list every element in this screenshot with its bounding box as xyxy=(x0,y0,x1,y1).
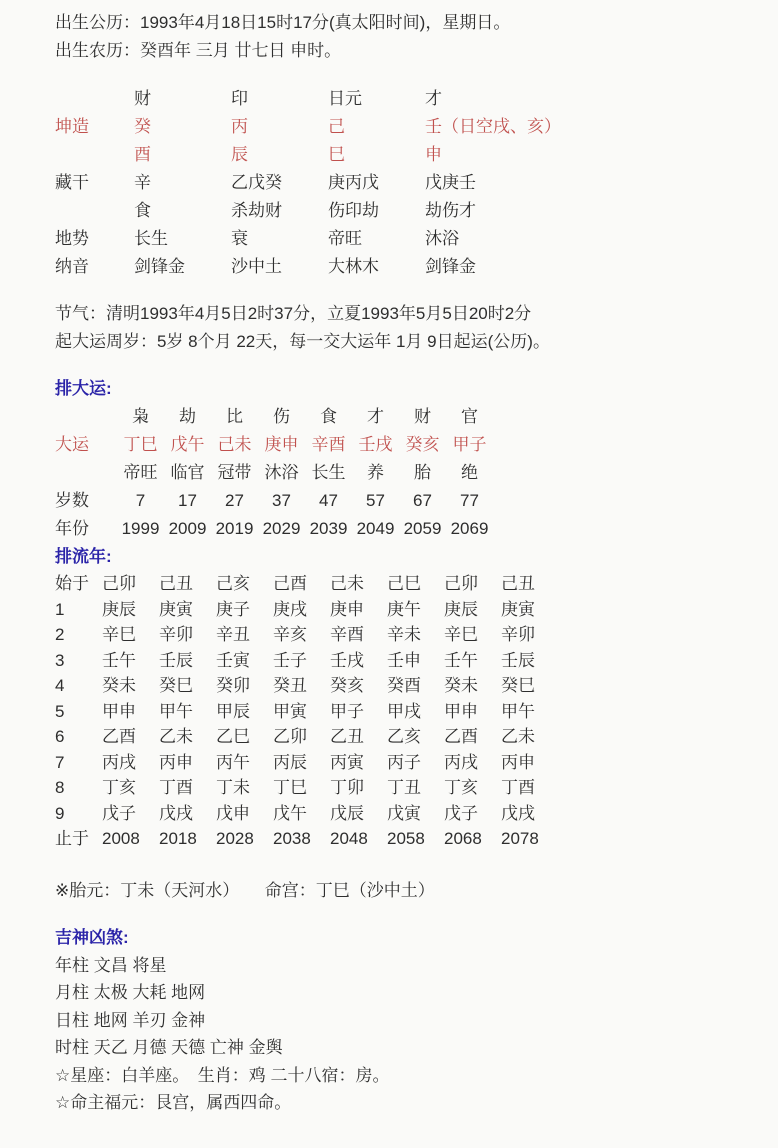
liunian-heading: 排流年: xyxy=(55,543,748,571)
table-cell: 2069 xyxy=(446,515,493,543)
dayun-table: 枭劫比伤食才财官大运丁巳戊午己未庚申辛酉壬戌癸亥甲子帝旺临官冠带沐浴长生养胎绝岁… xyxy=(55,403,748,543)
table-cell: 2078 xyxy=(501,826,558,852)
table-cell: 2018 xyxy=(159,826,216,852)
table-cell: 沐浴 xyxy=(258,459,305,487)
table-cell: 辛亥 xyxy=(273,622,330,648)
text-line: 月柱 太极 大耗 地网 xyxy=(55,979,748,1007)
table-cell: 辛巳 xyxy=(444,622,501,648)
taiyuan-minggong-line: ※胎元：丁未（天河水） 命宫：丁巳（沙中土） xyxy=(55,877,748,905)
row-label: 藏干 xyxy=(55,169,134,197)
table-cell: 大林木 xyxy=(328,253,425,281)
row-label: 4 xyxy=(55,673,102,699)
table-cell: 戊庚壬 xyxy=(425,169,476,197)
table-cell: 2068 xyxy=(444,826,501,852)
table-cell: 癸卯 xyxy=(216,673,273,699)
table-cell: 丙 xyxy=(231,113,328,141)
table-cell: 癸未 xyxy=(444,673,501,699)
qiyun-line: 起大运周岁：5岁 8个月 22天，每一交大运年 1月 9日起运(公历)。 xyxy=(55,328,748,356)
table-row: 酉辰巳申 xyxy=(55,141,748,169)
table-cell: 2059 xyxy=(399,515,446,543)
table-cell: 丁亥 xyxy=(102,775,159,801)
row-label: 始于 xyxy=(55,571,102,597)
table-cell: 印 xyxy=(231,85,328,113)
table-cell: 甲辰 xyxy=(216,699,273,725)
table-cell: 壬午 xyxy=(102,648,159,674)
table-cell: 劫伤才 xyxy=(425,197,476,225)
table-cell: 己卯 xyxy=(102,571,159,597)
table-cell: 巳 xyxy=(328,141,425,169)
table-cell: 乙卯 xyxy=(273,724,330,750)
table-cell: 辛巳 xyxy=(102,622,159,648)
table-cell: 2019 xyxy=(211,515,258,543)
jishen-heading: 吉神凶煞: xyxy=(55,924,748,952)
row-label: 7 xyxy=(55,750,102,776)
table-cell: 绝 xyxy=(446,459,493,487)
table-row: 1庚辰庚寅庚子庚戌庚申庚午庚辰庚寅 xyxy=(55,597,748,623)
table-cell: 2048 xyxy=(330,826,387,852)
table-cell: 癸酉 xyxy=(387,673,444,699)
table-cell: 己丑 xyxy=(159,571,216,597)
table-cell: 财 xyxy=(399,403,446,431)
table-cell: 辛 xyxy=(134,169,231,197)
table-cell: 食 xyxy=(305,403,352,431)
table-cell: 2009 xyxy=(164,515,211,543)
table-cell: 乙戊癸 xyxy=(231,169,328,197)
table-cell: 甲子 xyxy=(446,431,493,459)
table-cell: 丙寅 xyxy=(330,750,387,776)
table-cell: 27 xyxy=(211,487,258,515)
table-cell: 伤 xyxy=(258,403,305,431)
table-cell: 戊午 xyxy=(273,801,330,827)
table-cell: 丙辰 xyxy=(273,750,330,776)
table-row: 2辛巳辛卯辛丑辛亥辛酉辛未辛巳辛卯 xyxy=(55,622,748,648)
row-label: 地势 xyxy=(55,225,134,253)
table-cell: 癸巳 xyxy=(159,673,216,699)
table-cell: 辛丑 xyxy=(216,622,273,648)
row-label: 9 xyxy=(55,801,102,827)
table-cell: 77 xyxy=(446,487,493,515)
table-cell: 戊子 xyxy=(444,801,501,827)
table-cell: 己 xyxy=(328,113,425,141)
row-label: 8 xyxy=(55,775,102,801)
table-cell: 甲子 xyxy=(330,699,387,725)
table-cell: 壬申 xyxy=(387,648,444,674)
table-cell: 己酉 xyxy=(273,571,330,597)
table-cell: 日元 xyxy=(328,85,425,113)
table-cell: 壬午 xyxy=(444,648,501,674)
table-cell: 乙未 xyxy=(501,724,558,750)
table-cell: 戊子 xyxy=(102,801,159,827)
table-cell: 己卯 xyxy=(444,571,501,597)
table-cell: 庚辰 xyxy=(444,597,501,623)
table-cell: 2058 xyxy=(387,826,444,852)
table-cell: 2049 xyxy=(352,515,399,543)
table-row: 地势长生衰帝旺沐浴 xyxy=(55,225,748,253)
table-cell: 丁卯 xyxy=(330,775,387,801)
table-cell: 壬戌 xyxy=(330,648,387,674)
table-cell: 帝旺 xyxy=(328,225,425,253)
table-row: 食杀劫财伤印劫劫伤才 xyxy=(55,197,748,225)
table-cell: 长生 xyxy=(305,459,352,487)
table-cell: 己亥 xyxy=(216,571,273,597)
row-label: 岁数 xyxy=(55,487,117,515)
table-cell: 戊寅 xyxy=(387,801,444,827)
table-cell: 官 xyxy=(446,403,493,431)
table-row: 4癸未癸巳癸卯癸丑癸亥癸酉癸未癸巳 xyxy=(55,673,748,699)
table-cell: 己丑 xyxy=(501,571,558,597)
table-cell: 1999 xyxy=(117,515,164,543)
table-cell: 辛未 xyxy=(387,622,444,648)
table-cell: 庚申 xyxy=(330,597,387,623)
jieqi-line: 节气：清明1993年4月5日2时37分，立夏1993年5月5日20时2分 xyxy=(55,300,748,328)
table-cell: 庚子 xyxy=(216,597,273,623)
table-cell: 庚寅 xyxy=(501,597,558,623)
table-cell: 丙申 xyxy=(501,750,558,776)
bazi-chart-document: 出生公历：1993年4月18日15时17分(真太阳时间)，星期日。 出生农历：癸… xyxy=(0,0,778,1117)
table-row: 枭劫比伤食才财官 xyxy=(55,403,748,431)
table-cell: 丁未 xyxy=(216,775,273,801)
table-cell: 辛卯 xyxy=(501,622,558,648)
table-row: 6乙酉乙未乙巳乙卯乙丑乙亥乙酉乙未 xyxy=(55,724,748,750)
table-row: 财印日元才 xyxy=(55,85,748,113)
table-cell: 伤印劫 xyxy=(328,197,425,225)
jishen-list: 年柱 文昌 将星月柱 太极 大耗 地网日柱 地网 羊刃 金神时柱 天乙 月德 天… xyxy=(55,952,748,1117)
spacer xyxy=(55,356,748,375)
table-cell: 帝旺 xyxy=(117,459,164,487)
spacer xyxy=(55,281,748,300)
birth-lunar-line: 出生农历：癸酉年 三月 廿七日 申时。 xyxy=(55,37,748,65)
table-cell: 37 xyxy=(258,487,305,515)
table-row: 帝旺临官冠带沐浴长生养胎绝 xyxy=(55,459,748,487)
table-cell: 庚辰 xyxy=(102,597,159,623)
table-row: 3壬午壬辰壬寅壬子壬戌壬申壬午壬辰 xyxy=(55,648,748,674)
table-cell: 7 xyxy=(117,487,164,515)
table-row: 止于20082018202820382048205820682078 xyxy=(55,826,748,852)
table-cell: 庚戌 xyxy=(273,597,330,623)
table-cell: 申 xyxy=(425,141,442,169)
row-label: 3 xyxy=(55,648,102,674)
table-cell: 57 xyxy=(352,487,399,515)
table-cell: 己未 xyxy=(211,431,258,459)
table-cell: 丁丑 xyxy=(387,775,444,801)
table-cell: 才 xyxy=(425,85,442,113)
table-row: 藏干辛乙戊癸庚丙戊戊庚壬 xyxy=(55,169,748,197)
table-cell: 67 xyxy=(399,487,446,515)
row-label: 6 xyxy=(55,724,102,750)
table-cell: 己巳 xyxy=(387,571,444,597)
row-label: 止于 xyxy=(55,826,102,852)
table-cell: 乙酉 xyxy=(102,724,159,750)
table-cell: 乙酉 xyxy=(444,724,501,750)
table-cell: 辛卯 xyxy=(159,622,216,648)
table-cell: 壬子 xyxy=(273,648,330,674)
table-cell: 庚丙戊 xyxy=(328,169,425,197)
spacer xyxy=(55,852,748,877)
table-cell: 癸亥 xyxy=(330,673,387,699)
table-cell: 枭 xyxy=(117,403,164,431)
row-label: 纳音 xyxy=(55,253,134,281)
table-cell: 戊午 xyxy=(164,431,211,459)
table-cell: 甲戌 xyxy=(387,699,444,725)
table-cell: 甲午 xyxy=(159,699,216,725)
table-cell: 丙戌 xyxy=(444,750,501,776)
row-label: 年份 xyxy=(55,515,117,543)
text-line: 时柱 天乙 月德 天德 亡神 金舆 xyxy=(55,1034,748,1062)
table-cell: 乙巳 xyxy=(216,724,273,750)
table-cell: 劫 xyxy=(164,403,211,431)
table-row: 大运丁巳戊午己未庚申辛酉壬戌癸亥甲子 xyxy=(55,431,748,459)
table-cell: 沙中土 xyxy=(231,253,328,281)
table-row: 8丁亥丁酉丁未丁巳丁卯丁丑丁亥丁酉 xyxy=(55,775,748,801)
table-cell: 乙丑 xyxy=(330,724,387,750)
table-cell: 酉 xyxy=(134,141,231,169)
table-cell: 丙申 xyxy=(159,750,216,776)
table-cell: 47 xyxy=(305,487,352,515)
row-label: 1 xyxy=(55,597,102,623)
table-cell: 剑锋金 xyxy=(425,253,476,281)
table-cell: 2028 xyxy=(216,826,273,852)
text-line: ☆星座：白羊座。 生肖：鸡 二十八宿：房。 xyxy=(55,1062,748,1090)
table-cell: 甲午 xyxy=(501,699,558,725)
table-cell: 长生 xyxy=(134,225,231,253)
text-line: ☆命主福元：艮宫，属西四命。 xyxy=(55,1089,748,1117)
table-cell: 戊戌 xyxy=(159,801,216,827)
table-cell: 甲申 xyxy=(102,699,159,725)
table-cell: 丁巳 xyxy=(273,775,330,801)
table-cell: 才 xyxy=(352,403,399,431)
table-row: 始于己卯己丑己亥己酉己未己巳己卯己丑 xyxy=(55,571,748,597)
table-cell: 癸未 xyxy=(102,673,159,699)
spacer xyxy=(55,905,748,924)
table-cell: 癸巳 xyxy=(501,673,558,699)
table-cell: 丙子 xyxy=(387,750,444,776)
table-cell: 戊申 xyxy=(216,801,273,827)
table-cell: 临官 xyxy=(164,459,211,487)
table-cell: 乙亥 xyxy=(387,724,444,750)
table-cell: 壬辰 xyxy=(159,648,216,674)
table-cell: 丁酉 xyxy=(501,775,558,801)
table-cell: 庚午 xyxy=(387,597,444,623)
liunian-table: 始于己卯己丑己亥己酉己未己巳己卯己丑1庚辰庚寅庚子庚戌庚申庚午庚辰庚寅2辛巳辛卯… xyxy=(55,571,748,852)
four-pillars-table: 财印日元才坤造癸丙己壬（日空戌、亥）酉辰巳申藏干辛乙戊癸庚丙戊戊庚壬食杀劫财伤印… xyxy=(55,85,748,281)
table-row: 纳音剑锋金沙中土大林木剑锋金 xyxy=(55,253,748,281)
table-cell: 壬戌 xyxy=(352,431,399,459)
table-cell: 壬（日空戌、亥） xyxy=(425,113,561,141)
spacer xyxy=(55,65,748,85)
table-cell: 己未 xyxy=(330,571,387,597)
table-row: 年份19992009201920292039204920592069 xyxy=(55,515,748,543)
table-cell: 戊辰 xyxy=(330,801,387,827)
table-row: 岁数717273747576777 xyxy=(55,487,748,515)
table-cell: 2038 xyxy=(273,826,330,852)
row-label: 大运 xyxy=(55,431,117,459)
table-cell: 财 xyxy=(134,85,231,113)
table-cell: 2039 xyxy=(305,515,352,543)
table-cell: 胎 xyxy=(399,459,446,487)
table-cell: 衰 xyxy=(231,225,328,253)
table-cell: 丁酉 xyxy=(159,775,216,801)
table-cell: 丁亥 xyxy=(444,775,501,801)
table-cell: 癸 xyxy=(134,113,231,141)
row-label: 2 xyxy=(55,622,102,648)
table-cell: 乙未 xyxy=(159,724,216,750)
table-cell: 戊戌 xyxy=(501,801,558,827)
table-row: 7丙戌丙申丙午丙辰丙寅丙子丙戌丙申 xyxy=(55,750,748,776)
table-row: 坤造癸丙己壬（日空戌、亥） xyxy=(55,113,748,141)
table-cell: 丁巳 xyxy=(117,431,164,459)
table-cell: 17 xyxy=(164,487,211,515)
table-cell: 养 xyxy=(352,459,399,487)
table-cell: 甲申 xyxy=(444,699,501,725)
table-cell: 癸亥 xyxy=(399,431,446,459)
table-cell: 壬寅 xyxy=(216,648,273,674)
table-cell: 庚寅 xyxy=(159,597,216,623)
table-cell: 壬辰 xyxy=(501,648,558,674)
table-row: 9戊子戊戌戊申戊午戊辰戊寅戊子戊戌 xyxy=(55,801,748,827)
table-cell: 丙戌 xyxy=(102,750,159,776)
text-line: 日柱 地网 羊刃 金神 xyxy=(55,1007,748,1035)
table-cell: 沐浴 xyxy=(425,225,459,253)
table-cell: 食 xyxy=(134,197,231,225)
birth-solar-line: 出生公历：1993年4月18日15时17分(真太阳时间)，星期日。 xyxy=(55,9,748,37)
row-label: 5 xyxy=(55,699,102,725)
table-cell: 丙午 xyxy=(216,750,273,776)
table-cell: 辛酉 xyxy=(330,622,387,648)
table-cell: 庚申 xyxy=(258,431,305,459)
table-cell: 剑锋金 xyxy=(134,253,231,281)
table-cell: 甲寅 xyxy=(273,699,330,725)
table-row: 5甲申甲午甲辰甲寅甲子甲戌甲申甲午 xyxy=(55,699,748,725)
table-cell: 比 xyxy=(211,403,258,431)
dayun-heading: 排大运: xyxy=(55,375,748,403)
table-cell: 癸丑 xyxy=(273,673,330,699)
table-cell: 辛酉 xyxy=(305,431,352,459)
table-cell: 辰 xyxy=(231,141,328,169)
text-line: 年柱 文昌 将星 xyxy=(55,952,748,980)
table-cell: 2029 xyxy=(258,515,305,543)
table-cell: 2008 xyxy=(102,826,159,852)
table-cell: 杀劫财 xyxy=(231,197,328,225)
row-label: 坤造 xyxy=(55,113,134,141)
table-cell: 冠带 xyxy=(211,459,258,487)
